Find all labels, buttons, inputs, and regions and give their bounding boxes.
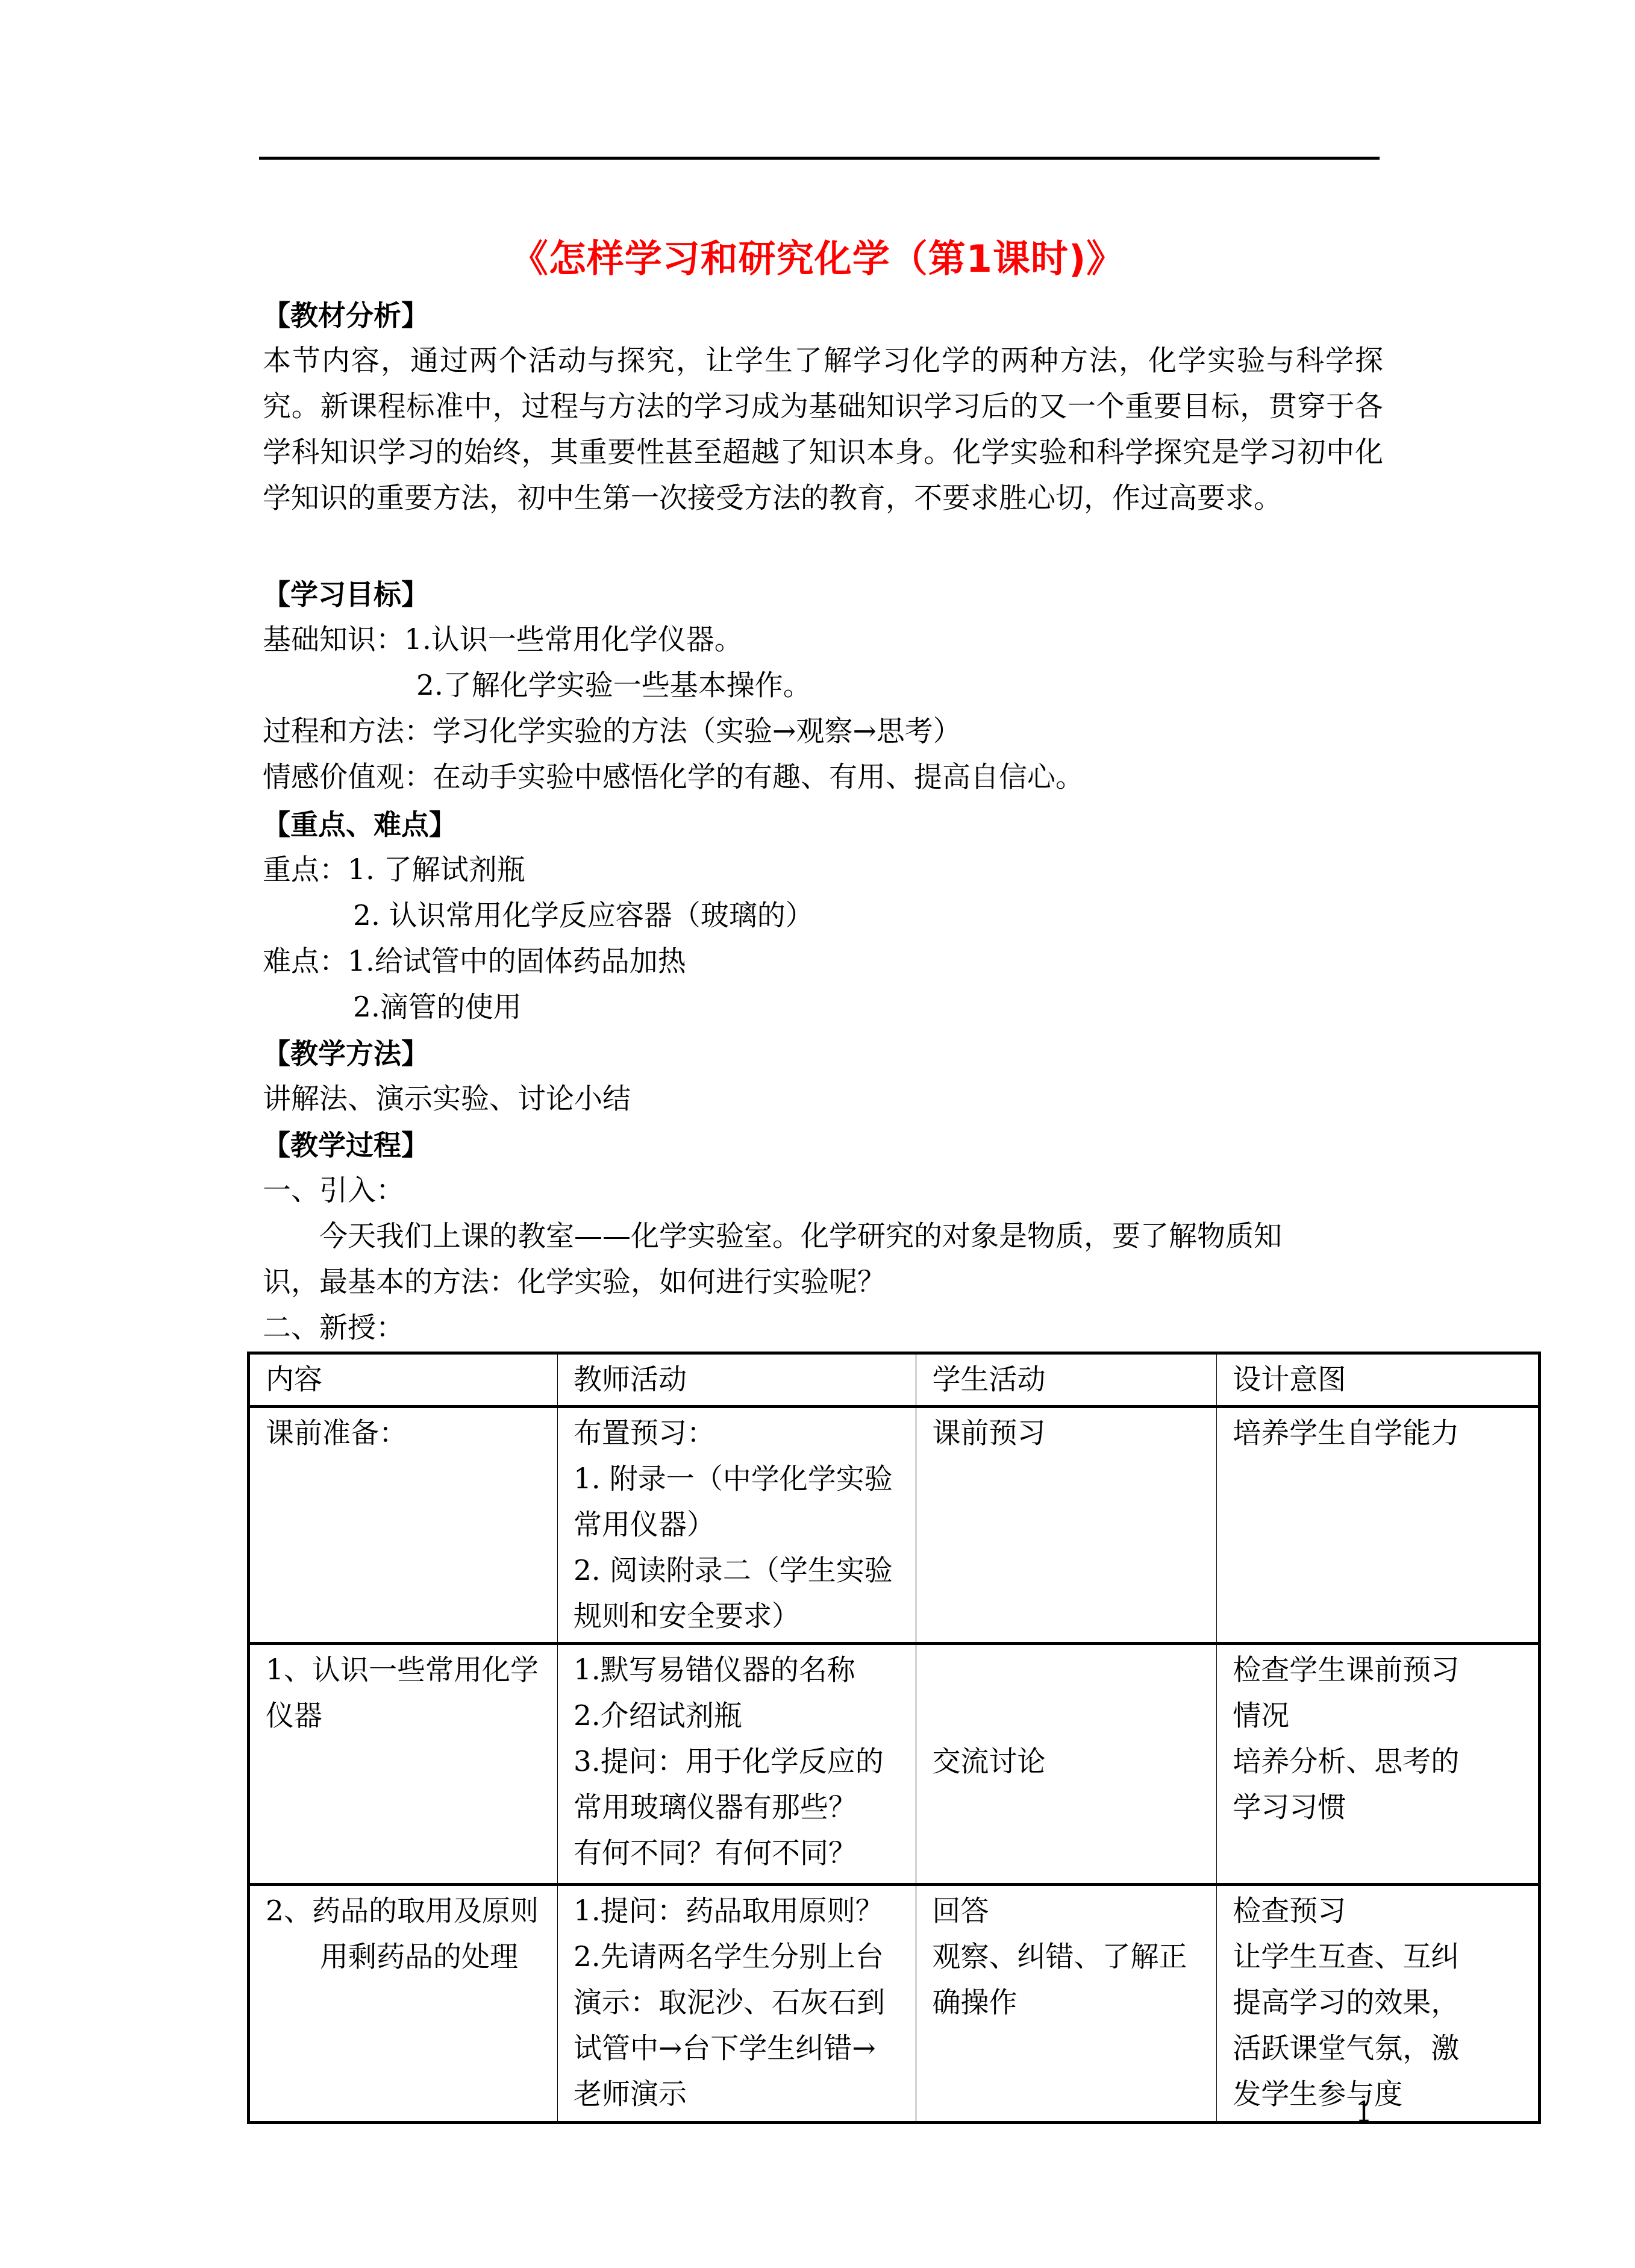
header-cell: 学生活动 (916, 1353, 1217, 1407)
student-activity-cell: 交流讨论 (916, 1644, 1217, 1885)
page-number: 1 (1355, 2097, 1372, 2128)
key-point-line: 2.滴管的使用 (263, 985, 1383, 1030)
header-rule (259, 157, 1380, 160)
teacher-activity-cell: 1.提问：药品取用原则？ 2.先请两名学生分别上台 演示：取泥沙、石灰石到 试管… (557, 1885, 916, 2123)
student-activity-cell: 课前预习 (916, 1407, 1217, 1644)
intro-text: 今天我们上课的教室——化学实验室。化学研究的对象是物质，要了解物质知 (263, 1214, 1383, 1259)
key-point-line: 2. 认识常用化学反应容器（玻璃的） (263, 893, 1383, 939)
goal-line: 2.了解化学实验一些基本操作。 (263, 663, 1383, 709)
content-cell: 2、药品的取用及原则 用剩药品的处理 (249, 1885, 558, 2123)
section-heading: 【教学过程】 (263, 1122, 1383, 1168)
key-point-line: 重点：1. 了解试剂瓶 (263, 847, 1383, 893)
section-heading: 【学习目标】 (263, 571, 1383, 617)
student-activity-cell: 回答 观察、纠错、了解正 确操作 (916, 1885, 1217, 2123)
section-heading: 【教材分析】 (263, 292, 1383, 338)
section-learning-goals: 【学习目标】 基础知识：1.认识一些常用化学仪器。 2.了解化学实验一些基本操作… (263, 571, 1383, 800)
goal-line: 过程和方法：学习化学实验的方法（实验→观察→思考） (263, 709, 1383, 754)
table-header-row: 内容 教师活动 学生活动 设计意图 (249, 1353, 1540, 1407)
design-intent-cell: 检查学生课前预习 情况 培养分析、思考的 学习习惯 (1217, 1644, 1540, 1885)
header-cell: 设计意图 (1217, 1353, 1540, 1407)
teacher-activity-cell: 1.默写易错仪器的名称 2.介绍试剂瓶 3.提问：用于化学反应的 常用玻璃仪器有… (557, 1644, 916, 1885)
content-cell: 1、认识一些常用化学 仪器 (249, 1644, 558, 1885)
section-textbook-analysis: 【教材分析】 本节内容，通过两个活动与探究，让学生了解学习化学的两种方法，化学实… (263, 292, 1383, 521)
content-cell: 课前准备： (249, 1407, 558, 1644)
intro-text: 识，最基本的方法：化学实验，如何进行实验呢？ (263, 1259, 1383, 1305)
goal-line: 情感价值观：在动手实验中感悟化学的有趣、有用、提高自信心。 (263, 754, 1383, 800)
table-row: 2、药品的取用及原则 用剩药品的处理 1.提问：药品取用原则？ 2.先请两名学生… (249, 1885, 1540, 2123)
section-heading: 【重点、难点】 (263, 801, 1383, 847)
design-intent-cell: 培养学生自学能力 (1217, 1407, 1540, 1644)
analysis-paragraph: 本节内容，通过两个活动与探究，让学生了解学习化学的两种方法，化学实验与科学探究。… (263, 338, 1383, 521)
new-lesson-label: 二、新授： (263, 1305, 1383, 1351)
section-teaching-methods: 【教学方法】 讲解法、演示实验、讨论小结 (263, 1030, 1383, 1122)
section-key-points: 【重点、难点】 重点：1. 了解试剂瓶 2. 认识常用化学反应容器（玻璃的） 难… (263, 801, 1383, 1030)
table-row: 1、认识一些常用化学 仪器 1.默写易错仪器的名称 2.介绍试剂瓶 3.提问：用… (249, 1644, 1540, 1885)
document-title: 《怎样学习和研究化学（第1课时)》 (0, 229, 1635, 283)
design-intent-cell: 检查预习 让学生互查、互纠 提高学习的效果， 活跃课堂气氛，激 发学生参与度 (1217, 1885, 1540, 2123)
section-teaching-process: 【教学过程】 一、引入： 今天我们上课的教室——化学实验室。化学研究的对象是物质… (263, 1122, 1383, 1351)
teacher-activity-cell: 布置预习： 1. 附录一（中学化学实验 常用仪器） 2. 阅读附录二（学生实验 … (557, 1407, 916, 1644)
header-cell: 教师活动 (557, 1353, 916, 1407)
methods-text: 讲解法、演示实验、讨论小结 (263, 1076, 1383, 1122)
table-row: 课前准备： 布置预习： 1. 附录一（中学化学实验 常用仪器） 2. 阅读附录二… (249, 1407, 1540, 1644)
intro-label: 一、引入： (263, 1168, 1383, 1214)
goal-line: 基础知识：1.认识一些常用化学仪器。 (263, 617, 1383, 663)
section-heading: 【教学方法】 (263, 1030, 1383, 1076)
key-point-line: 难点：1.给试管中的固体药品加热 (263, 939, 1383, 985)
header-cell: 内容 (249, 1353, 558, 1407)
lesson-plan-table: 内容 教师活动 学生活动 设计意图 课前准备： 布置预习： 1. 附录一（中学化… (247, 1352, 1541, 2124)
